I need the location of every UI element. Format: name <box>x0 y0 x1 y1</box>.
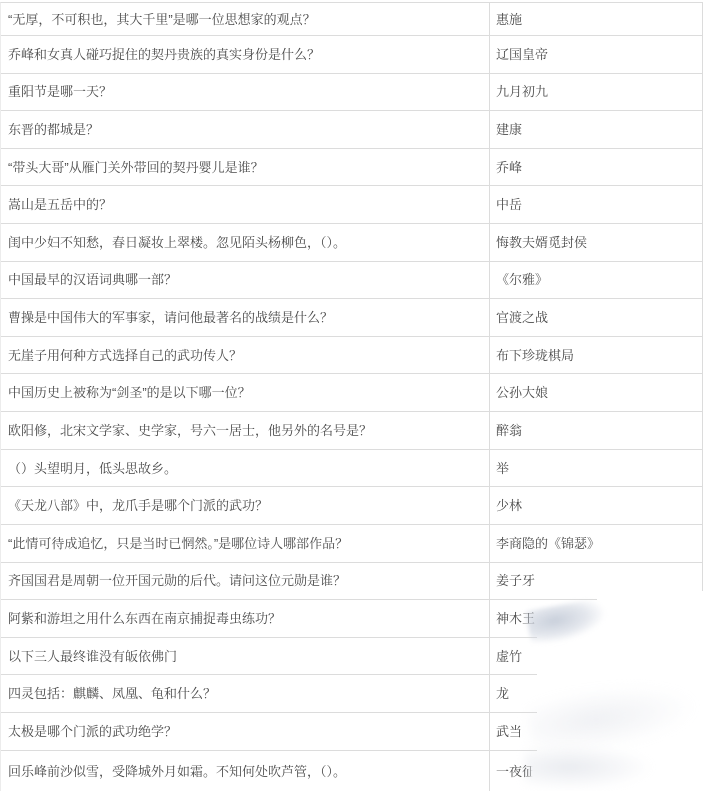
question-cell: （）头望明月，低头思故乡。 <box>1 450 490 487</box>
question-cell: “无厚，不可积也，其大千里”是哪一位思想家的观点？ <box>1 3 490 35</box>
table-row: 欧阳修，北宋文学家、史学家，号六一居士，他另外的名号是？ 醉翁 <box>1 412 703 450</box>
question-cell: 无崖子用何种方式选择自己的武功传人？ <box>1 337 490 374</box>
answer-cell: 中岳 <box>490 186 703 223</box>
table-row: 四灵包括：麒麟、凤凰、龟和什么？ 龙 <box>1 675 703 713</box>
answer-cell: 悔教夫婿觅封侯 <box>490 224 703 261</box>
answer-cell: 少林 <box>490 487 703 524</box>
table-row: 《天龙八部》中，龙爪手是哪个门派的武功？ 少林 <box>1 487 703 525</box>
table-row: 太极是哪个门派的武功绝学？ 武当 <box>1 713 703 751</box>
answer-cell: 虚竹 <box>490 638 703 675</box>
answer-cell: 建康 <box>490 111 703 148</box>
question-cell: 曹操是中国伟大的军事家，请问他最著名的战绩是什么？ <box>1 299 490 336</box>
answer-cell: 醉翁 <box>490 412 703 449</box>
qa-table: “无厚，不可积也，其大千里”是哪一位思想家的观点？ 惠施 乔峰和女真人碰巧捉住的… <box>0 2 703 791</box>
answer-cell: 《尔雅》 <box>490 262 703 299</box>
answer-cell: 一夜征 <box>490 751 703 791</box>
answer-cell: 九月初九 <box>490 74 703 111</box>
answer-cell: 辽国皇帝 <box>490 36 703 73</box>
table-row: “此情可待成追忆，只是当时已惘然。”是哪位诗人哪部作品？ 李商隐的《锦瑟》 <box>1 525 703 563</box>
answer-cell: 布下珍珑棋局 <box>490 337 703 374</box>
table-row: 中国最早的汉语词典哪一部？ 《尔雅》 <box>1 262 703 300</box>
table-row: 东晋的都城是？ 建康 <box>1 111 703 149</box>
table-row: “无厚，不可积也，其大千里”是哪一位思想家的观点？ 惠施 <box>1 3 703 36</box>
question-cell: 阿紫和游坦之用什么东西在南京捕捉毒虫练功？ <box>1 600 490 637</box>
table-row: 回乐峰前沙似雪，受降城外月如霜。不知何处吹芦管，（）。 一夜征 <box>1 751 703 791</box>
question-cell: 欧阳修，北宋文学家、史学家，号六一居士，他另外的名号是？ <box>1 412 490 449</box>
answer-cell: 神木王 <box>490 600 703 637</box>
answer-cell: 龙 <box>490 675 703 712</box>
question-cell: 中国历史上被称为“剑圣”的是以下哪一位？ <box>1 374 490 411</box>
question-cell: “此情可待成追忆，只是当时已惘然。”是哪位诗人哪部作品？ <box>1 525 490 562</box>
table-row: 阿紫和游坦之用什么东西在南京捕捉毒虫练功？ 神木王 <box>1 600 703 638</box>
question-cell: 太极是哪个门派的武功绝学？ <box>1 713 490 750</box>
table-row: 中国历史上被称为“剑圣”的是以下哪一位？ 公孙大娘 <box>1 374 703 412</box>
table-row: 闺中少妇不知愁，春日凝妆上翠楼。忽见陌头杨柳色，（）。 悔教夫婿觅封侯 <box>1 224 703 262</box>
table-row: （）头望明月，低头思故乡。 举 <box>1 450 703 488</box>
answer-cell: 官渡之战 <box>490 299 703 336</box>
question-cell: 《天龙八部》中，龙爪手是哪个门派的武功？ <box>1 487 490 524</box>
question-cell: “带头大哥”从雁门关外带回的契丹婴儿是谁？ <box>1 149 490 186</box>
question-cell: 东晋的都城是？ <box>1 111 490 148</box>
table-row: “带头大哥”从雁门关外带回的契丹婴儿是谁？ 乔峰 <box>1 149 703 187</box>
table-row: 乔峰和女真人碰巧捉住的契丹贵族的真实身份是什么？ 辽国皇帝 <box>1 36 703 74</box>
answer-cell: 公孙大娘 <box>490 374 703 411</box>
question-cell: 四灵包括：麒麟、凤凰、龟和什么？ <box>1 675 490 712</box>
answer-cell: 姜子牙 <box>490 563 703 600</box>
answer-cell: 乔峰 <box>490 149 703 186</box>
answer-cell: 惠施 <box>490 3 703 35</box>
table-row: 嵩山是五岳中的？ 中岳 <box>1 186 703 224</box>
table-row: 无崖子用何种方式选择自己的武功传人？ 布下珍珑棋局 <box>1 337 703 375</box>
question-cell: 闺中少妇不知愁，春日凝妆上翠楼。忽见陌头杨柳色，（）。 <box>1 224 490 261</box>
table-row: 以下三人最终谁没有皈依佛门 虚竹 <box>1 638 703 676</box>
answer-cell: 举 <box>490 450 703 487</box>
question-cell: 乔峰和女真人碰巧捉住的契丹贵族的真实身份是什么？ <box>1 36 490 73</box>
question-cell: 以下三人最终谁没有皈依佛门 <box>1 638 490 675</box>
question-cell: 齐国国君是周朝一位开国元勋的后代。请问这位元勋是谁？ <box>1 563 490 600</box>
question-cell: 中国最早的汉语词典哪一部？ <box>1 262 490 299</box>
answer-cell: 李商隐的《锦瑟》 <box>490 525 703 562</box>
question-cell: 回乐峰前沙似雪，受降城外月如霜。不知何处吹芦管，（）。 <box>1 751 490 791</box>
table-row: 曹操是中国伟大的军事家，请问他最著名的战绩是什么？ 官渡之战 <box>1 299 703 337</box>
question-cell: 重阳节是哪一天？ <box>1 74 490 111</box>
table-row: 齐国国君是周朝一位开国元勋的后代。请问这位元勋是谁？ 姜子牙 <box>1 563 703 601</box>
table-row: 重阳节是哪一天？ 九月初九 <box>1 74 703 112</box>
page: “无厚，不可积也，其大千里”是哪一位思想家的观点？ 惠施 乔峰和女真人碰巧捉住的… <box>0 0 706 791</box>
answer-cell: 武当 <box>490 713 703 750</box>
question-cell: 嵩山是五岳中的？ <box>1 186 490 223</box>
